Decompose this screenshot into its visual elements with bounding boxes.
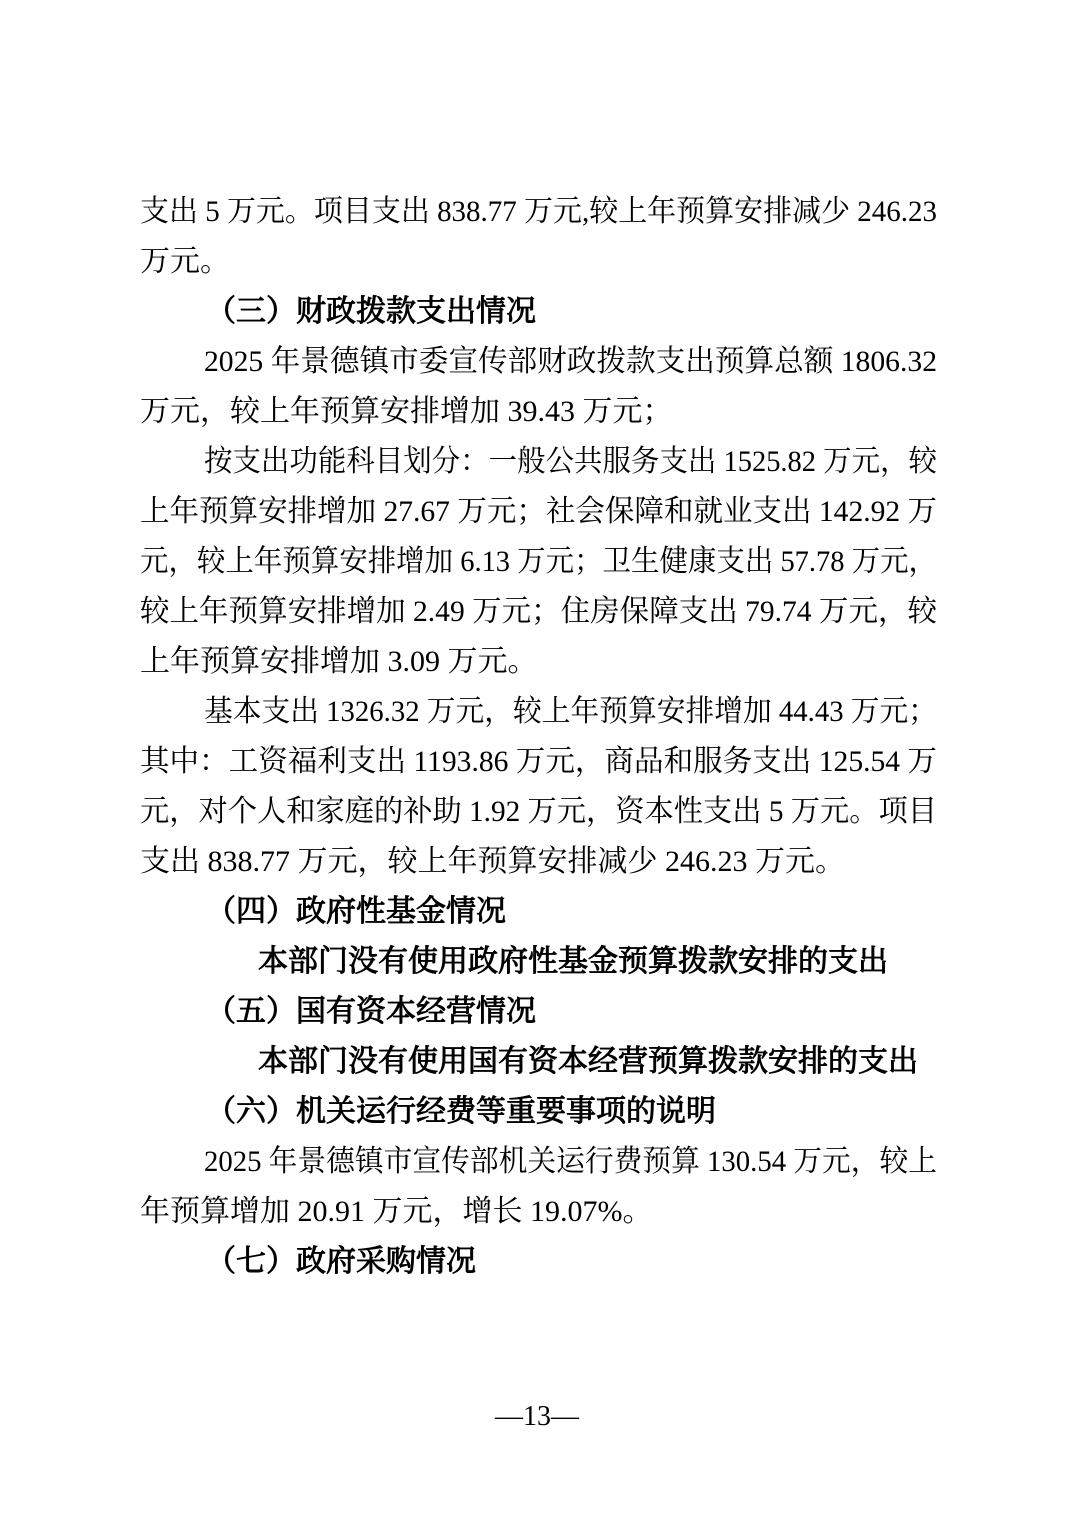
body-text-line: 上年预算安排增加 27.67 万元；社会保障和就业支出 142.92 万 xyxy=(140,487,937,537)
text-run: 本部门没有使用国有资本经营预算拨款安排的支出 xyxy=(258,1037,918,1087)
page-number: —13— xyxy=(0,1400,1074,1434)
text-run: 万元。 xyxy=(140,237,230,287)
document-body: 支出 5 万元。项目支出 838.77 万元,较上年预算安排减少 246.23万… xyxy=(140,187,937,1287)
text-run: （四）政府性基金情况 xyxy=(206,887,506,937)
section-heading: （五）国有资本经营情况 xyxy=(140,987,937,1037)
body-text-line: 较上年预算安排增加 2.49 万元；住房保障支出 79.74 万元，较 xyxy=(140,587,937,637)
text-run: 支出 5 万元。项目支出 838.77 万元,较上年预算安排减少 246.23 xyxy=(140,187,937,237)
section-heading: （七）政府采购情况 xyxy=(140,1237,937,1287)
text-run: 2025 年景德镇市宣传部机关运行费预算 130.54 万元，较上 xyxy=(204,1137,937,1187)
text-run: 万元，较上年预算安排增加 39.43 万元； xyxy=(140,387,673,437)
text-run: 支出 838.77 万元，较上年预算安排减少 246.23 万元。 xyxy=(140,837,845,887)
statement-line: 本部门没有使用国有资本经营预算拨款安排的支出 xyxy=(140,1037,937,1087)
body-text-line: 年预算增加 20.91 万元，增长 19.07%。 xyxy=(140,1187,937,1237)
body-text-line: 按支出功能科目划分：一般公共服务支出 1525.82 万元，较 xyxy=(140,437,937,487)
text-run: 年预算增加 20.91 万元，增长 19.07%。 xyxy=(140,1187,653,1237)
text-run: 其中：工资福利支出 1193.86 万元，商品和服务支出 125.54 万 xyxy=(140,737,937,787)
body-text-line: 元，对个人和家庭的补助 1.92 万元，资本性支出 5 万元。项目 xyxy=(140,787,937,837)
text-run: 上年预算安排增加 27.67 万元；社会保障和就业支出 142.92 万 xyxy=(140,487,937,537)
section-heading: （四）政府性基金情况 xyxy=(140,887,937,937)
text-run: （五）国有资本经营情况 xyxy=(206,987,536,1037)
statement-line: 本部门没有使用政府性基金预算拨款安排的支出 xyxy=(140,937,937,987)
text-run: （六）机关运行经费等重要事项的说明 xyxy=(206,1087,716,1137)
document-page: 支出 5 万元。项目支出 838.77 万元,较上年预算安排减少 246.23万… xyxy=(0,0,1074,1520)
section-heading: （六）机关运行经费等重要事项的说明 xyxy=(140,1087,937,1137)
body-text-line: 其中：工资福利支出 1193.86 万元，商品和服务支出 125.54 万 xyxy=(140,737,937,787)
text-run: 按支出功能科目划分：一般公共服务支出 1525.82 万元，较 xyxy=(204,437,937,487)
section-heading: （三）财政拨款支出情况 xyxy=(140,287,937,337)
text-run: 元，较上年预算安排增加 6.13 万元；卫生健康支出 57.78 万元， xyxy=(140,537,937,587)
body-text-line: 元，较上年预算安排增加 6.13 万元；卫生健康支出 57.78 万元， xyxy=(140,537,937,587)
body-text-line: 支出 838.77 万元，较上年预算安排减少 246.23 万元。 xyxy=(140,837,937,887)
body-text-line: 上年预算安排增加 3.09 万元。 xyxy=(140,637,937,687)
body-text-line: 万元。 xyxy=(140,237,937,287)
text-run: 元，对个人和家庭的补助 1.92 万元，资本性支出 5 万元。项目 xyxy=(140,787,937,837)
text-run: 较上年预算安排增加 2.49 万元；住房保障支出 79.74 万元，较 xyxy=(140,587,937,637)
body-text-line: 2025 年景德镇市宣传部机关运行费预算 130.54 万元，较上 xyxy=(140,1137,937,1187)
text-run: 本部门没有使用政府性基金预算拨款安排的支出 xyxy=(258,937,888,987)
body-text-line: 基本支出 1326.32 万元，较上年预算安排增加 44.43 万元； xyxy=(140,687,937,737)
text-run: 上年预算安排增加 3.09 万元。 xyxy=(140,637,538,687)
body-text-line: 支出 5 万元。项目支出 838.77 万元,较上年预算安排减少 246.23 xyxy=(140,187,937,237)
body-text-line: 万元，较上年预算安排增加 39.43 万元； xyxy=(140,387,937,437)
body-text-line: 2025 年景德镇市委宣传部财政拨款支出预算总额 1806.32 xyxy=(140,337,937,387)
text-run: （三）财政拨款支出情况 xyxy=(206,287,536,337)
text-run: （七）政府采购情况 xyxy=(206,1237,476,1287)
text-run: 2025 年景德镇市委宣传部财政拨款支出预算总额 1806.32 xyxy=(204,337,937,387)
text-run: 基本支出 1326.32 万元，较上年预算安排增加 44.43 万元； xyxy=(204,687,937,737)
